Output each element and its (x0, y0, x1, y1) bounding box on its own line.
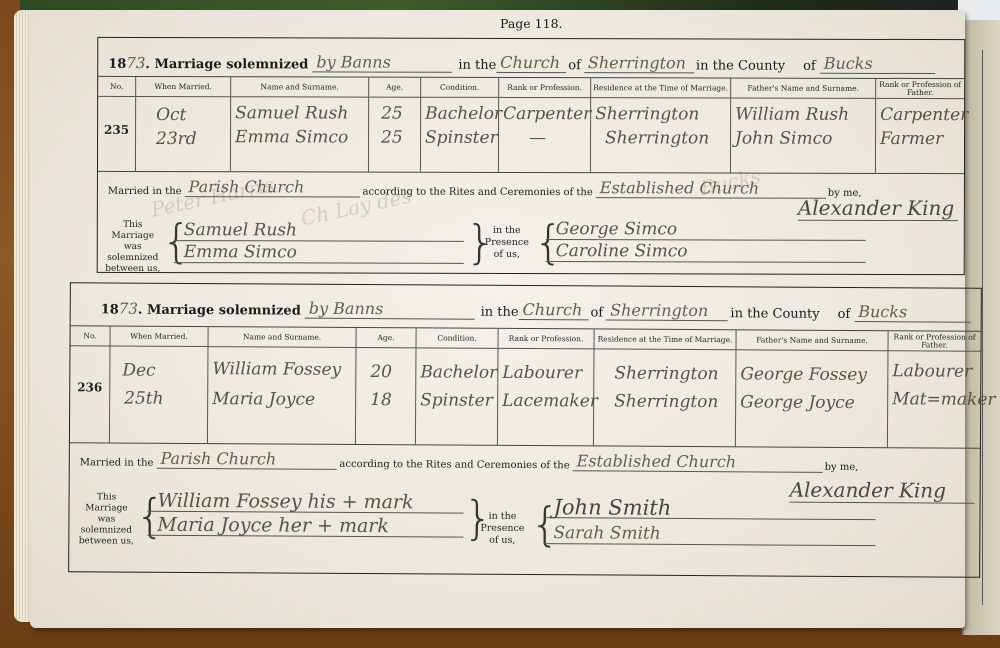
solemnized-label: This Marriage was solemnized between us, (102, 220, 164, 275)
col-father-profession: Rank or Profession of Father. Carpenter … (876, 79, 964, 173)
groom-residence: Sherrington (614, 364, 733, 385)
parish-field: Sherrington (606, 301, 727, 321)
groom-name: Samuel Rush (235, 103, 366, 123)
column-header: Rank or Profession. (498, 329, 593, 350)
presence-label: in the Presence of us, (482, 225, 532, 261)
rites-field: Established Church (573, 452, 823, 473)
groom-condition: Bachelor (425, 104, 496, 124)
label-line: of us, (482, 249, 532, 261)
column-header: Condition. (416, 328, 497, 348)
label-line: between us, (102, 264, 164, 275)
label-line: was (75, 514, 137, 525)
column-header: Rank or Profession of Father. (876, 79, 964, 99)
party-signature-bride: Maria Joyce her + mark (147, 515, 463, 538)
column-header: Father's Name and Surname. (736, 330, 887, 351)
county-of-label: of (803, 59, 816, 74)
label-line: in the (477, 511, 527, 523)
bride-condition: Spinster (420, 390, 495, 410)
solemnized-label: This Marriage was solemnized between us, (75, 492, 137, 547)
entry-number: 235 (98, 123, 135, 137)
rites-label: according to the Rites and Ceremonies of… (339, 459, 569, 471)
label-line: in the (482, 225, 532, 237)
marriage-solemnized-label: . Marriage solemnized (145, 57, 308, 72)
record-header: 18 73 . Marriage solemnized by Banns in … (101, 289, 971, 322)
col-no: No. 236 (70, 326, 111, 442)
presence-label: in the Presence of us, (477, 511, 527, 547)
page-number: Page 118. (500, 16, 563, 31)
year-suffix: 73 (119, 300, 138, 318)
col-age: Age. 20 18 (356, 328, 417, 444)
col-residence: Residence at the Time of Marriage. Sherr… (594, 329, 737, 446)
groom-age: 25 (381, 104, 418, 124)
party-signature-groom: Samuel Rush (174, 220, 464, 242)
groom-profession: Labourer (502, 363, 591, 384)
col-condition: Condition. Bachelor Spinster (421, 78, 499, 172)
column-header: Rank or Profession. (499, 78, 590, 98)
party-signature-groom: William Fossey his + mark (147, 491, 463, 514)
col-father-name: Father's Name and Surname. William Rush … (731, 79, 876, 173)
when-married-month: Oct (156, 105, 228, 125)
bride-father-profession: Mat=maker (892, 389, 978, 410)
entry-table: No. 235 When Married. Oct 23rd Name and … (98, 76, 964, 174)
column-header: Rank or Profession of Father. (888, 331, 980, 352)
entry-number: 236 (70, 380, 109, 394)
witness-signature-1: John Smith (543, 497, 875, 520)
party-signature-bride: Emma Simco (174, 242, 464, 264)
marriage-record-236: 18 73 . Marriage solemnized by Banns in … (68, 282, 982, 578)
column-header: Condition. (421, 78, 498, 98)
solemnized-by-field: by Banns (312, 53, 452, 72)
col-when-married: When Married. Dec 25th (110, 326, 209, 443)
bride-profession: Lacemaker (502, 391, 591, 412)
label-line: of us, (477, 535, 527, 547)
groom-name: William Fossey (212, 359, 353, 380)
when-married-day: 25th (124, 389, 205, 409)
groom-residence: Sherrington (595, 104, 728, 124)
of-label: of (568, 58, 581, 73)
groom-profession: Carpenter (503, 104, 588, 124)
county-label: in the County (730, 306, 819, 322)
col-no: No. 235 (98, 77, 136, 171)
marriage-record-235: 18 73 . Marriage solemnized by Banns in … (97, 37, 966, 275)
groom-father-profession: Labourer (892, 361, 978, 382)
county-of-label: of (838, 307, 851, 322)
col-father-name: Father's Name and Surname. George Fossey… (736, 330, 889, 447)
bride-father-name: George Joyce (740, 392, 885, 413)
bride-father-profession: Farmer (880, 129, 962, 149)
bride-age: 18 (370, 390, 413, 410)
year-prefix: 18 (101, 302, 119, 317)
col-name: Name and Surname. William Fossey Maria J… (208, 327, 357, 444)
col-condition: Condition. Bachelor Spinster (416, 328, 499, 444)
place-type-field: Church (519, 301, 589, 320)
label-line: This Marriage (102, 220, 164, 242)
label-line: Presence (482, 237, 532, 249)
married-in-line: Married in the Parish Church according t… (80, 449, 970, 473)
in-the-label: in the (458, 58, 496, 73)
county-field: Bucks (854, 303, 971, 323)
bride-profession: — (529, 128, 588, 148)
married-in-field: Parish Church (156, 450, 336, 470)
entry-table: No. 236 When Married. Dec 25th Name and … (70, 325, 981, 449)
column-header: Name and Surname. (231, 77, 368, 97)
col-when-married: When Married. Oct 23rd (136, 77, 231, 171)
of-label: of (590, 305, 603, 320)
label-line: between us, (75, 536, 137, 547)
married-in-field: Parish Church (185, 178, 360, 197)
rites-label: according to the Rites and Ceremonies of… (363, 187, 593, 199)
bride-condition: Spinster (425, 128, 496, 148)
label-line: solemnized (102, 253, 164, 264)
record-header: 18 73 . Marriage solemnized by Banns in … (108, 44, 954, 74)
groom-age: 20 (370, 362, 413, 382)
county-label: in the County (696, 58, 785, 73)
rites-field: Established Church (596, 179, 826, 199)
column-header: No. (71, 326, 110, 346)
solemnized-by-field: by Banns (305, 300, 475, 320)
witness-signature-2: Sarah Smith (543, 523, 875, 546)
married-in-label: Married in the (80, 457, 154, 468)
label-line: solemnized (75, 525, 137, 536)
column-header: No. (98, 77, 135, 97)
bride-residence: Sherrington (614, 392, 733, 413)
parish-field: Sherrington (584, 54, 694, 73)
married-in-label: Married in the (108, 186, 182, 197)
groom-father-name: George Fossey (740, 364, 885, 385)
col-residence: Residence at the Time of Marriage. Sherr… (591, 78, 731, 172)
year-suffix: 73 (126, 54, 145, 72)
column-header: Age. (369, 78, 420, 98)
col-age: Age. 25 25 (369, 78, 421, 172)
column-header: Residence at the Time of Marriage. (594, 329, 735, 350)
bride-residence: Sherrington (605, 128, 728, 148)
column-header: Residence at the Time of Marriage. (591, 78, 730, 98)
bride-name: Emma Simco (235, 127, 366, 147)
column-header: Father's Name and Surname. (731, 79, 875, 99)
column-header: When Married. (111, 326, 208, 347)
signature-block: This Marriage was solemnized between us,… (104, 218, 958, 270)
county-field: Bucks (820, 55, 935, 74)
column-header: When Married. (136, 77, 230, 97)
col-profession: Rank or Profession. Carpenter — (499, 78, 591, 172)
bride-father-name: John Simco (735, 129, 873, 149)
groom-condition: Bachelor (420, 362, 495, 382)
column-header: Age. (356, 328, 415, 348)
officiant-signature: Alexander King (798, 196, 958, 221)
label-line: This Marriage (75, 492, 137, 514)
when-married-day: 23rd (156, 129, 228, 149)
bride-name: Maria Joyce (212, 389, 353, 410)
in-the-label: in the (481, 305, 519, 320)
col-name: Name and Surname. Samuel Rush Emma Simco (231, 77, 369, 171)
groom-father-name: William Rush (735, 105, 873, 125)
col-father-profession: Rank or Profession of Father. Labourer M… (888, 331, 981, 448)
when-married-month: Dec (122, 361, 205, 382)
marriage-solemnized-label: . Marriage solemnized (138, 303, 301, 319)
bride-age: 25 (381, 128, 418, 148)
col-profession: Rank or Profession. Labourer Lacemaker (498, 329, 595, 446)
place-type-field: Church (496, 54, 566, 73)
witness-signature-1: George Simco (546, 219, 866, 241)
witness-signature-2: Caroline Simco (546, 241, 866, 263)
label-line: was (102, 242, 164, 253)
by-me-label: by me, (825, 462, 859, 473)
signature-block: This Marriage was solemnized between us,… (75, 488, 973, 553)
column-header: Name and Surname. (209, 327, 356, 348)
label-line: Presence (477, 523, 527, 535)
year-prefix: 18 (108, 57, 126, 72)
groom-father-profession: Carpenter (880, 105, 962, 125)
